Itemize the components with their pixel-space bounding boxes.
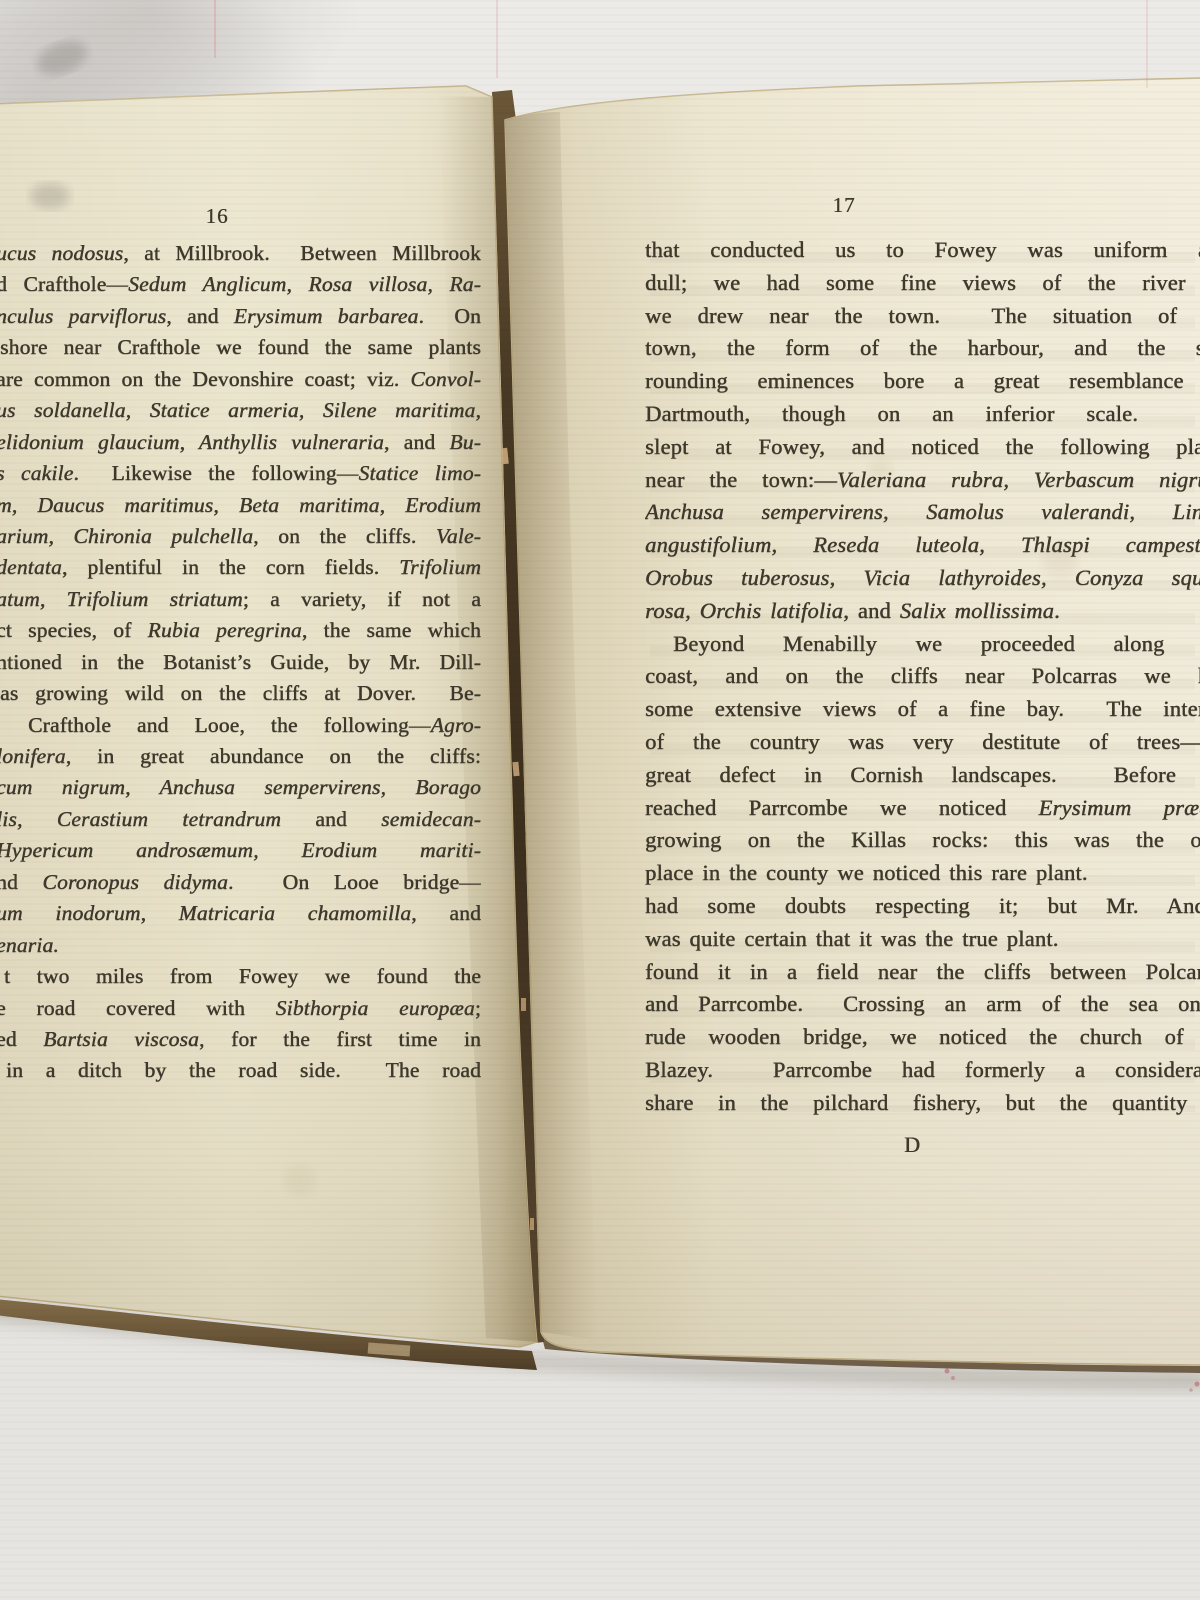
body-text: . On Looe bridge— — [228, 870, 481, 894]
printed-text-layer: 16 ucus nodosus, at Millbrook. Between M… — [0, 0, 1200, 1600]
body-text: in a ditch by the road side. The road — [6, 1058, 481, 1082]
text-line: found it in a field near the cliffs betw… — [645, 956, 1200, 989]
body-text: Dartmouth, though on an inferior scale. … — [645, 401, 1200, 426]
text-line: ed Bartsia viscosa, for the first time i… — [0, 1024, 481, 1055]
italic-latin-name: us soldanella, Statice armeria, Silene m… — [0, 398, 481, 422]
text-line: d Crafthole—Sedum Anglicum, Rosa villosa… — [0, 269, 481, 300]
body-text: coast, and on the cliffs near Polcarras … — [645, 663, 1200, 688]
left-page-text: ucus nodosus, at Millbrook. Between Mill… — [0, 238, 481, 1087]
italic-latin-name: Statice limo- — [358, 461, 481, 485]
body-text: . On — [418, 304, 481, 328]
body-text: and — [281, 807, 381, 831]
text-line: angustifolium, Reseda luteola, Thlaspi c… — [645, 529, 1200, 562]
body-text: shore near Crafthole we found the same p… — [0, 335, 481, 359]
text-line: great defect in Cornish landscapes. Befo… — [645, 759, 1200, 792]
body-text: town, the form of the harbour, and the s… — [645, 335, 1200, 360]
text-line: slept at Fowey, and noticed the followin… — [645, 431, 1200, 464]
italic-latin-name: arium, Chironia pulchella — [0, 524, 253, 548]
text-line: lis, Cerastium tetrandrum and semidecan- — [0, 804, 481, 835]
text-line: s cakile. Likewise the following—Statice… — [0, 458, 481, 489]
body-text: was quite certain that it was the true p… — [645, 926, 1059, 951]
body-text: rounding eminences bore a great resembla… — [645, 368, 1200, 393]
text-line: ucus nodosus, at Millbrook. Between Mill… — [0, 238, 481, 269]
body-text: e road covered with — [0, 996, 276, 1020]
text-line: in a ditch by the road side. The road — [6, 1055, 481, 1086]
photo-of-open-book: 16 ucus nodosus, at Millbrook. Between M… — [0, 0, 1200, 1600]
text-line: dentata, plentiful in the corn fields. T… — [0, 552, 481, 583]
text-line: place in the county we noticed this rare… — [645, 857, 1200, 890]
italic-latin-name: dentata — [0, 555, 62, 579]
italic-latin-name: ucus nodosus — [0, 241, 123, 265]
body-text: , and — [384, 430, 449, 454]
body-text: growing on the Killas rocks: this was th… — [645, 827, 1200, 852]
italic-latin-name: rosa, Orchis latifolia — [645, 598, 843, 623]
text-line: we drew near the town. The situation of … — [645, 300, 1200, 333]
text-line: of the country was very destitute of tre… — [645, 726, 1200, 759]
body-text: ; a variety, if not a — [243, 587, 481, 611]
body-text: ct species, of — [0, 618, 148, 642]
text-line: Anchusa sempervirens, Samolus valerandi,… — [645, 496, 1200, 529]
text-line: enaria. — [0, 930, 481, 961]
text-line: Hypericum androsæmum, Erodium mariti- — [0, 835, 481, 866]
body-text: are common on the Devonshire coast; viz. — [0, 367, 410, 391]
text-line: e road covered with Sibthorpia europæa; — [0, 993, 481, 1024]
text-line: shore near Crafthole we found the same p… — [0, 332, 481, 363]
italic-latin-name: m, Daucus maritimus, Beta maritima, Erod… — [0, 493, 481, 517]
body-text: great defect in Cornish landscapes. Befo… — [645, 762, 1200, 787]
body-text: nd — [0, 870, 42, 894]
italic-latin-name: atum, Trifolium striatum — [0, 587, 243, 611]
italic-latin-name: Anchusa sempervirens, Samolus valerandi,… — [645, 499, 1200, 524]
body-text: Crafthole and Looe, the following— — [28, 713, 431, 737]
body-text: near the town:— — [645, 467, 837, 492]
body-text: t two miles from Fowey we found the — [4, 964, 481, 988]
text-line: Dartmouth, though on an inferior scale. … — [645, 398, 1200, 431]
text-line: um inodorum, Matricaria chamomilla, and — [0, 898, 481, 929]
body-text: some extensive views of a fine bay. The … — [645, 696, 1200, 721]
text-line: atum, Trifolium striatum; a variety, if … — [0, 584, 481, 615]
italic-latin-name: Erysimum præcox — [1039, 795, 1200, 820]
body-text: , and — [411, 901, 481, 925]
text-line: reached Parrcombe we noticed Erysimum pr… — [645, 792, 1200, 825]
signature-mark: D — [887, 1132, 937, 1158]
italic-latin-name: Orobus tuberosus, Vicia lathyroides, Con… — [645, 565, 1200, 590]
text-line: m, Daucus maritimus, Beta maritima, Erod… — [0, 490, 481, 521]
body-text: , on the cliffs. — [253, 524, 436, 548]
body-text: . — [1054, 598, 1060, 623]
body-text: we drew near the town. The situation of … — [645, 303, 1200, 328]
text-line: coast, and on the cliffs near Polcarras … — [645, 660, 1200, 693]
body-text: share in the pilchard fishery, but the q… — [645, 1090, 1200, 1115]
text-line: and Parrcombe. Crossing an arm of the se… — [645, 988, 1200, 1021]
text-line: Crafthole and Looe, the following—Agro- — [28, 710, 481, 741]
text-line: ntioned in the Botanist’s Guide, by Mr. … — [0, 647, 481, 678]
text-line: dull; we had some fine views of the rive… — [645, 267, 1200, 300]
text-line: are common on the Devonshire coast; viz.… — [0, 364, 481, 395]
italic-latin-name: elidonium glaucium, Anthyllis vulneraria — [0, 430, 384, 454]
body-text: had some doubts respecting it; but Mr. A… — [645, 893, 1200, 918]
italic-latin-name: lonifera — [0, 744, 66, 768]
text-line: share in the pilchard fishery, but the q… — [645, 1087, 1200, 1120]
body-text: that conducted us to Fowey was uniform a… — [645, 237, 1200, 262]
italic-latin-name: Salix mollissima — [900, 598, 1054, 623]
text-line: that conducted us to Fowey was uniform a… — [645, 234, 1200, 267]
text-line: us soldanella, Statice armeria, Silene m… — [0, 395, 481, 426]
italic-latin-name: Trifolium — [399, 555, 481, 579]
italic-latin-name: Rubia peregrina — [148, 618, 302, 642]
italic-latin-name: Bartsia viscosa — [43, 1027, 199, 1051]
text-line: nculus parviflorus, and Erysimum barbare… — [0, 301, 481, 332]
text-line: Blazey. Parrcombe had formerly a conside… — [645, 1054, 1200, 1087]
italic-latin-name: Hypericum androsæmum, Erodium mariti- — [0, 838, 481, 862]
italic-latin-name: angustifolium, Reseda luteola, Thlaspi c… — [645, 532, 1200, 557]
text-line: Beyond Menabilly we proceeded along the — [673, 628, 1200, 661]
text-line: near the town:—Valeriana rubra, Verbascu… — [645, 464, 1200, 497]
text-line: elidonium glaucium, Anthyllis vulneraria… — [0, 427, 481, 458]
body-text: reached Parrcombe we noticed — [645, 795, 1039, 820]
body-text: ; — [475, 996, 481, 1020]
body-text: Beyond Menabilly we proceeded along the — [673, 631, 1200, 656]
text-line: some extensive views of a fine bay. The … — [645, 693, 1200, 726]
body-text: ed — [0, 1027, 43, 1051]
body-text: Blazey. Parrcombe had formerly a conside… — [645, 1057, 1200, 1082]
body-text: dull; we had some fine views of the rive… — [645, 270, 1200, 295]
italic-latin-name: Agro- — [431, 713, 481, 737]
body-text: , plentiful in the corn fields. — [62, 555, 399, 579]
text-line: rude wooden bridge, we noticed the churc… — [645, 1021, 1200, 1054]
body-text: , and — [843, 598, 900, 623]
text-line: rosa, Orchis latifolia, and Salix mollis… — [645, 595, 1200, 628]
body-text: of the country was very destitute of tre… — [645, 729, 1200, 754]
italic-latin-name: Vale- — [436, 524, 481, 548]
italic-latin-name: Erysimum barbarea — [234, 304, 419, 328]
body-text: , in great abundance on the cliffs: — [66, 744, 481, 768]
left-page-number: 16 — [187, 204, 247, 229]
text-line: town, the form of the harbour, and the s… — [645, 332, 1200, 365]
right-page-number: 17 — [814, 193, 874, 218]
text-line: growing on the Killas rocks: this was th… — [645, 824, 1200, 857]
text-line: arium, Chironia pulchella, on the cliffs… — [0, 521, 481, 552]
text-line: lonifera, in great abundance on the clif… — [0, 741, 481, 772]
body-text: found it in a field near the cliffs betw… — [645, 959, 1200, 984]
body-text: place in the county we noticed this rare… — [645, 860, 1088, 885]
body-text: , and — [166, 304, 233, 328]
italic-latin-name: Convol- — [410, 367, 481, 391]
text-line: cum nigrum, Anchusa sempervirens, Borago — [0, 772, 481, 803]
text-line: Orobus tuberosus, Vicia lathyroides, Con… — [645, 562, 1200, 595]
right-page-text: that conducted us to Fowey was uniform a… — [645, 234, 1200, 1120]
italic-latin-name: Coronopus didyma — [42, 870, 228, 894]
italic-latin-name: cum nigrum, Anchusa sempervirens, Borago — [0, 775, 481, 799]
body-text: d Crafthole— — [0, 272, 128, 296]
body-text: as growing wild on the cliffs at Dover. … — [0, 681, 481, 705]
text-line: ct species, of Rubia peregrina, the same… — [0, 615, 481, 646]
body-text: and Parrcombe. Crossing an arm of the se… — [645, 991, 1200, 1016]
italic-latin-name: lis, Cerastium tetrandrum — [0, 807, 281, 831]
body-text: rude wooden bridge, we noticed the churc… — [645, 1024, 1200, 1049]
italic-latin-name: enaria. — [0, 933, 59, 957]
italic-latin-name: nculus parviflorus — [0, 304, 166, 328]
text-line: was quite certain that it was the true p… — [645, 923, 1200, 956]
italic-latin-name: semidecan- — [381, 807, 481, 831]
italic-latin-name: s cakile — [0, 461, 73, 485]
italic-latin-name: Bu- — [449, 430, 481, 454]
body-text: slept at Fowey, and noticed the followin… — [645, 434, 1200, 459]
body-text: , at Millbrook. Between Millbrook — [123, 241, 481, 265]
text-line: had some doubts respecting it; but Mr. A… — [645, 890, 1200, 923]
text-line: t two miles from Fowey we found the — [4, 961, 481, 992]
text-line: nd Coronopus didyma. On Looe bridge— — [0, 867, 481, 898]
text-line: as growing wild on the cliffs at Dover. … — [0, 678, 481, 709]
italic-latin-name: Sedum Anglicum, Rosa villosa, Ra- — [128, 272, 481, 296]
body-text: ntioned in the Botanist’s Guide, by Mr. … — [0, 650, 481, 674]
italic-latin-name: Sibthorpia europæa — [276, 996, 475, 1020]
body-text: , the same which — [302, 618, 481, 642]
italic-latin-name: um inodorum, Matricaria chamomilla — [0, 901, 411, 925]
italic-latin-name: Valeriana rubra, Verbascum nigrum, — [837, 467, 1200, 492]
body-text: . Likewise the following— — [73, 461, 358, 485]
body-text: , for the first time in — [199, 1027, 481, 1051]
text-line: rounding eminences bore a great resembla… — [645, 365, 1200, 398]
